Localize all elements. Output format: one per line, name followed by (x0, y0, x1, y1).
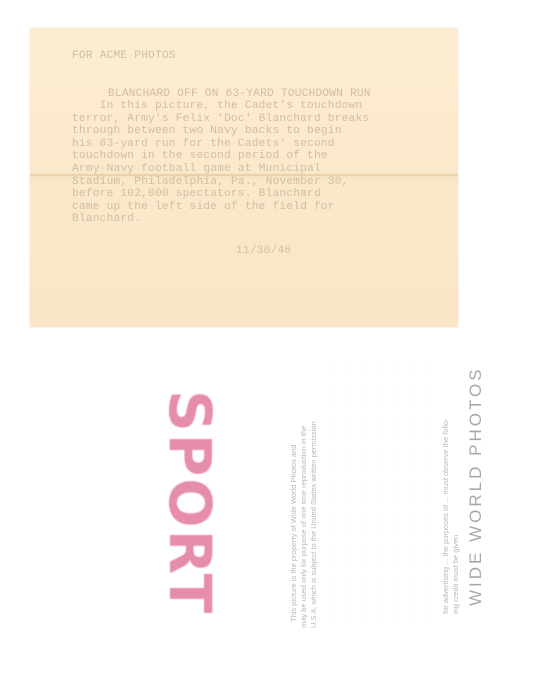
backstamp-faint-line: · · · · · · · · · · · · · · · · · · · · … (374, 361, 383, 620)
backstamp-line-4: for advertising ... the purposes of ... … (442, 418, 450, 614)
backstamp-line-5: ing credit must be given (452, 535, 460, 614)
backstamp-faint-line: · · · · · · · · · · · · · · · · · · · · … (390, 361, 399, 620)
caption-body: In this picture, the Cadet's touchdown t… (72, 100, 369, 226)
backstamp-line-2: may be used only for purpose of one time… (300, 426, 308, 628)
wide-world-photos-brand: WIDE WORLD PHOTOS (466, 366, 486, 606)
backstamp-faint-line: · · · · · · · · · · · · · · · · · · · · … (342, 361, 351, 620)
backstamp-line-3: U.S.A. which is subject to the United St… (310, 421, 318, 628)
backstamp-faint-line: · · · · · · · · · · · · · · · · · · · · … (326, 361, 335, 620)
caption-heading: FOR ACME PHOTOS (72, 50, 176, 63)
backstamp-line-1: This picture is the property of Wide Wor… (290, 445, 298, 622)
caption-headline: BLANCHARD OFF ON 63-YARD TOUCHDOWN RUN (108, 88, 371, 101)
wide-world-backstamp: This picture is the property of Wide Wor… (270, 352, 500, 628)
backstamp-faint-line: · · · · · · · · · · · · · · · · · · · · … (406, 361, 415, 620)
caption-date: 11/30/46 (236, 245, 291, 258)
backstamp-faint-line: · · · · · · · · · · · · · · · · · · · · … (358, 361, 367, 620)
caption-slip: FOR ACME PHOTOS BLANCHARD OFF ON 63-YARD… (30, 28, 458, 327)
backstamp-faint-line: · · · · · · · · · · · · · · · · · · · · … (422, 361, 431, 620)
sport-stamp: SPORT (165, 390, 215, 610)
